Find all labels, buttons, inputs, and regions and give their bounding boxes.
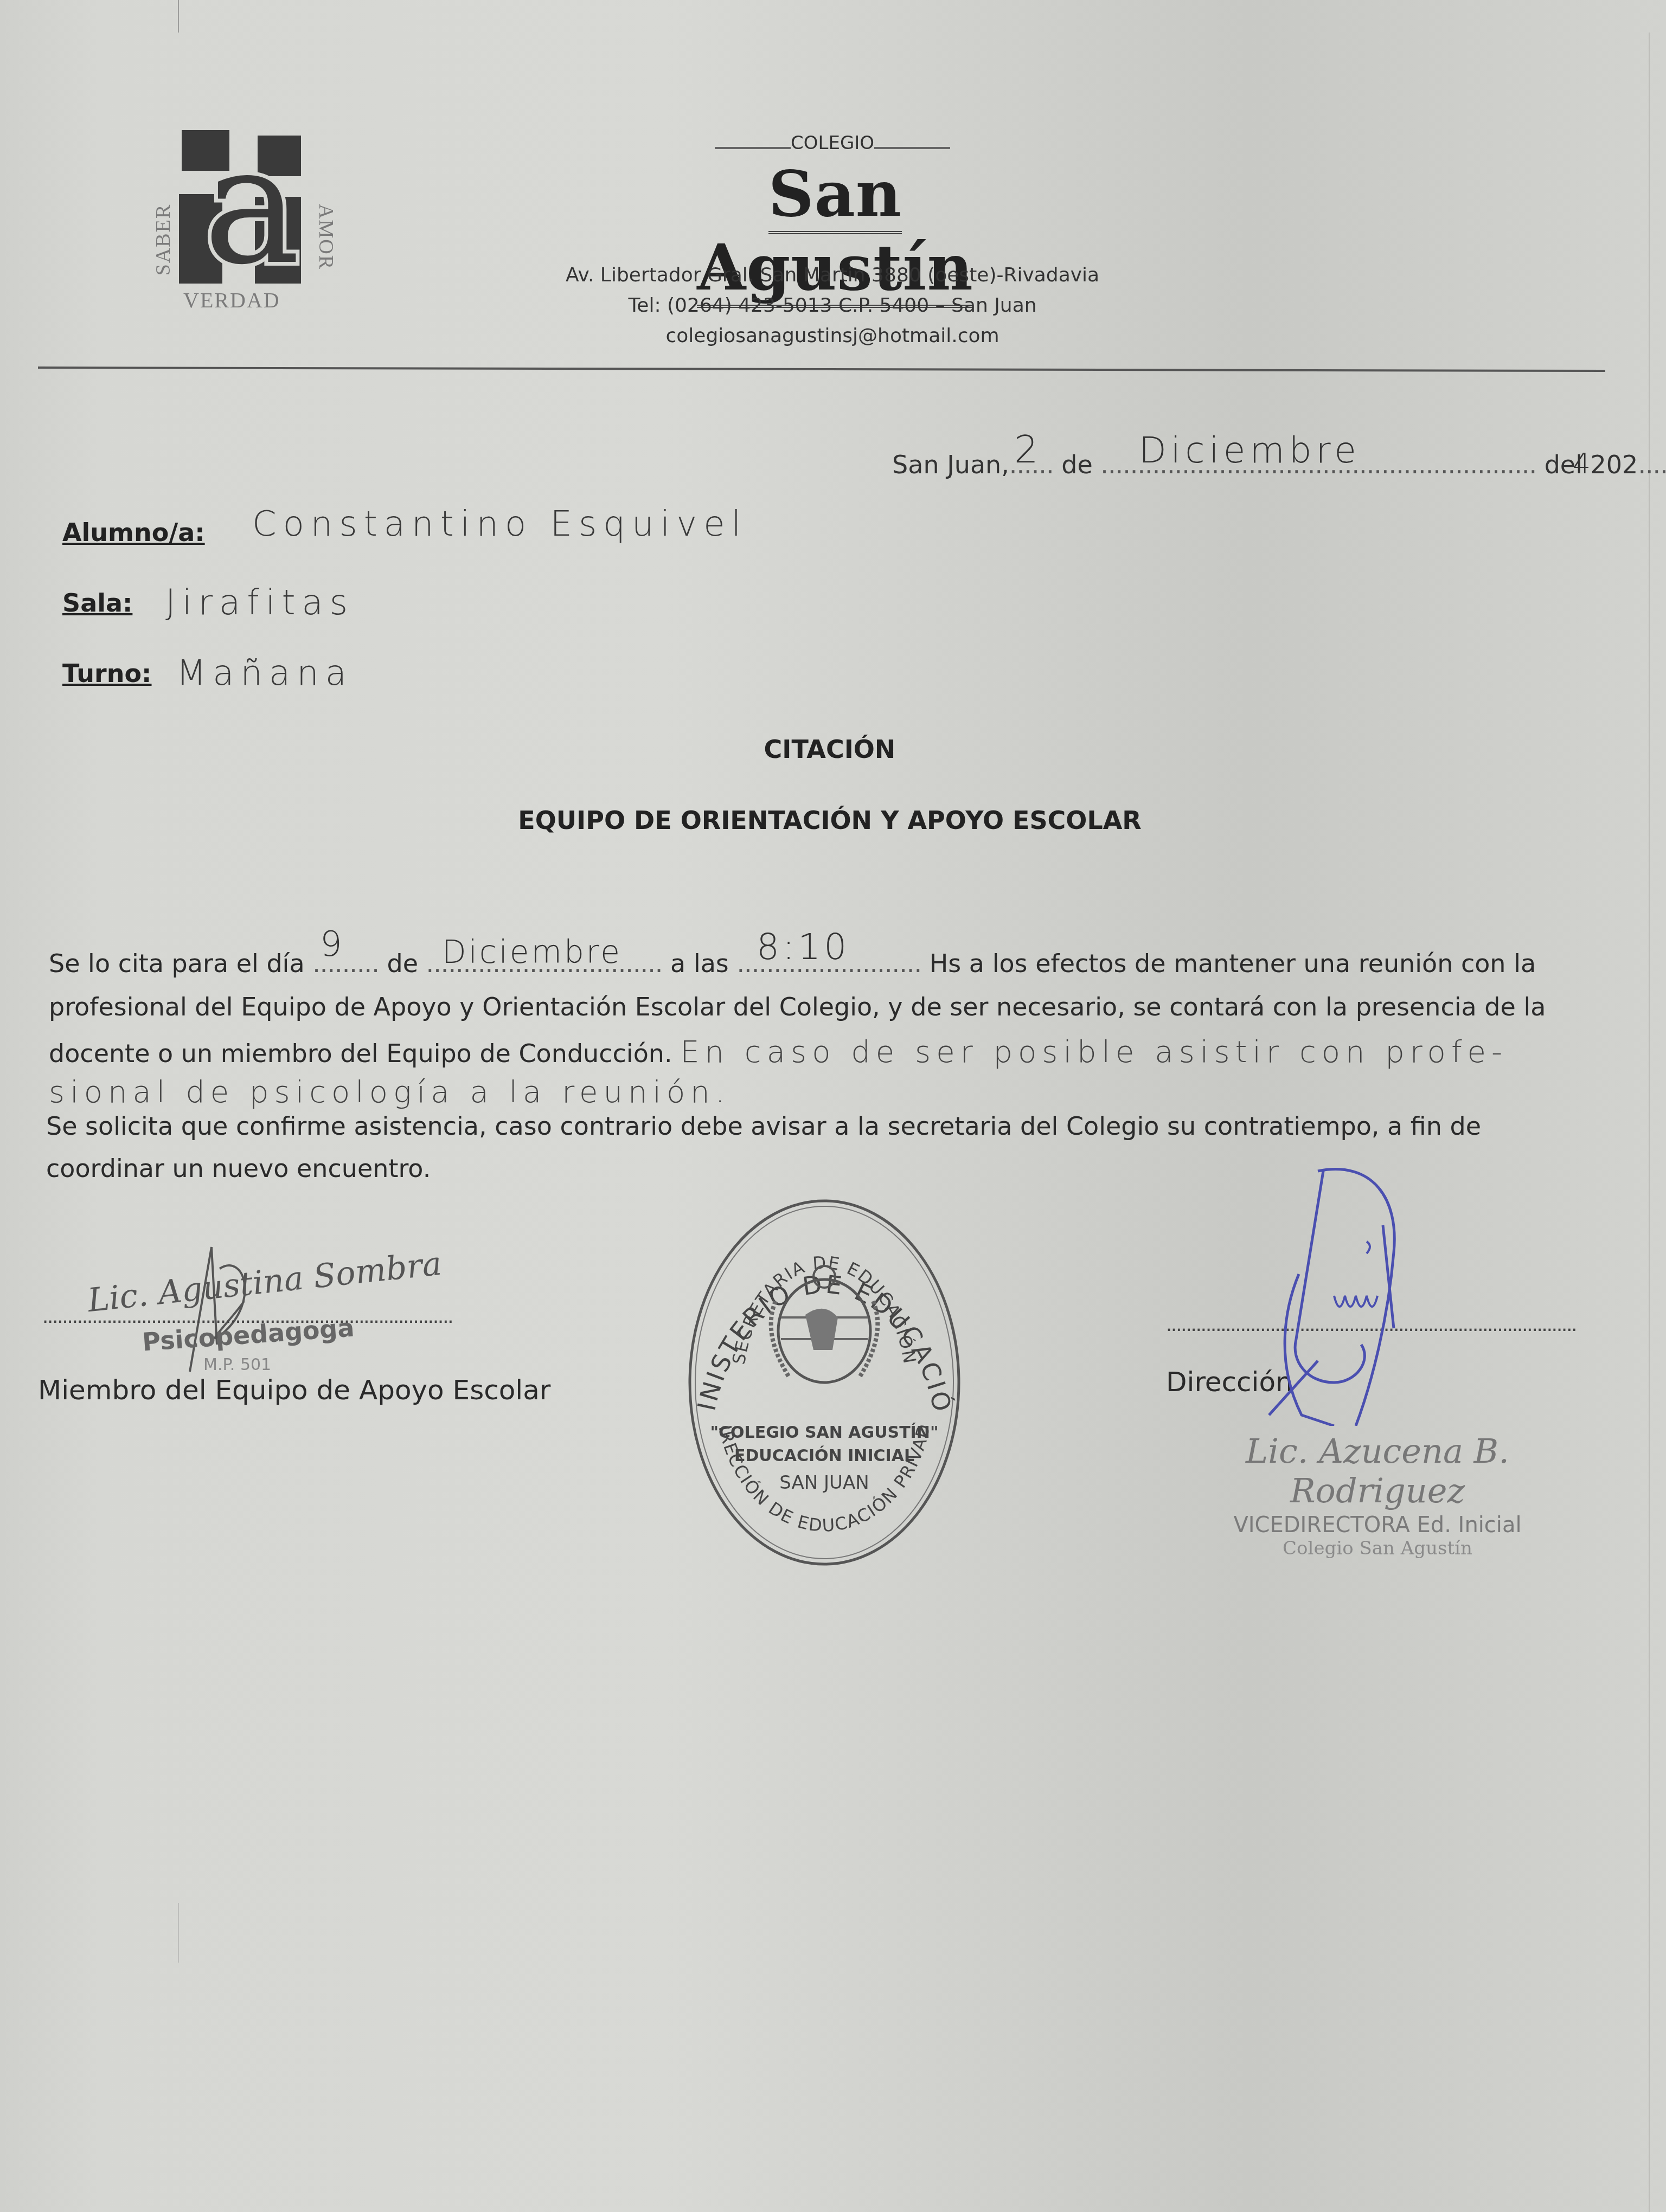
email-line: colegiosanagustinsj@hotmail.com — [521, 321, 1144, 351]
handwritten-note-1: En caso de ser posible asistir con profe… — [680, 1034, 1508, 1070]
meeting-month-handwritten: Diciembre — [442, 934, 622, 970]
header-divider — [38, 366, 1605, 372]
seal-line-3: SAN JUAN — [681, 1472, 968, 1494]
seal-line-2: EDUCACIÓN INICIAL — [681, 1446, 968, 1465]
sala-label: Sala: — [62, 588, 132, 618]
turno-label: Turno: — [62, 659, 152, 688]
meeting-time-handwritten: 8:10 — [757, 926, 850, 968]
body-line-3: docente o un miembro del Equipo de Condu… — [49, 1034, 1622, 1070]
student-label: Alumno/a: — [62, 518, 205, 547]
phone-line: Tel: (0264) 423-5013 C.P. 5400 – San Jua… — [521, 291, 1144, 321]
school-address: Av. Libertador Gral. San Martin 3880 (oe… — [521, 260, 1144, 351]
seal-outline-icon: MINISTERIO DE EDUCACIÓN SECRETARIA DE ED… — [681, 1193, 968, 1572]
date-year-handwritten: 4 — [1573, 448, 1594, 480]
director-stamp: Lic. Azucena B. Rodriguez VICEDIRECTORA … — [1188, 1431, 1567, 1559]
date-month-handwritten: Diciembre — [1139, 429, 1361, 471]
date-day-handwritten: 2 — [1014, 427, 1042, 472]
paper-crease — [178, 0, 179, 33]
logo-word-verdad: VERDAD — [183, 287, 280, 313]
seal-line-1: "COLEGIO SAN AGUSTÍN" — [681, 1423, 968, 1442]
handwritten-note-line-2: sional de psicología a la reunión. — [49, 1075, 1622, 1110]
page-edge — [1649, 33, 1650, 2212]
sala-value: Jirafitas — [165, 583, 354, 623]
body-line-4: Se solicita que confirme asistencia, cas… — [46, 1111, 1619, 1141]
director-stamp-name: Lic. Azucena B. Rodriguez — [1188, 1431, 1567, 1510]
san-agustin-logo-icon: a — [203, 125, 300, 287]
logo-word-saber: SABER — [151, 204, 175, 275]
school-logo: a SABER AMOR VERDAD — [157, 125, 342, 320]
turno-value: Mañana — [176, 653, 353, 693]
student-value: Constantino Esquivel — [252, 504, 747, 544]
body-line-2: profesional del Equipo de Apoyo y Orient… — [49, 992, 1622, 1021]
citacion-title: CITACIÓN — [0, 735, 1659, 764]
left-stamp-registration: M.P. 501 — [203, 1355, 271, 1374]
logo-word-amor: AMOR — [314, 204, 338, 270]
equipo-title: EQUIPO DE ORIENTACIÓN Y APOYO ESCOLAR — [0, 806, 1659, 835]
official-seal: MINISTERIO DE EDUCACIÓN SECRETARIA DE ED… — [681, 1193, 968, 1572]
paper-crease — [178, 1903, 179, 1963]
director-stamp-school: Colegio San Agustín — [1188, 1538, 1567, 1559]
colegio-label: COLEGIO — [705, 132, 960, 154]
meeting-day-handwritten: 9 — [320, 924, 345, 964]
director-signature-icon — [1247, 1166, 1475, 1426]
director-stamp-title: VICEDIRECTORA Ed. Inicial — [1188, 1513, 1567, 1538]
left-signature-caption: Miembro del Equipo de Apoyo Escolar — [38, 1374, 550, 1406]
address-line: Av. Libertador Gral. San Martin 3880 (oe… — [521, 260, 1144, 291]
